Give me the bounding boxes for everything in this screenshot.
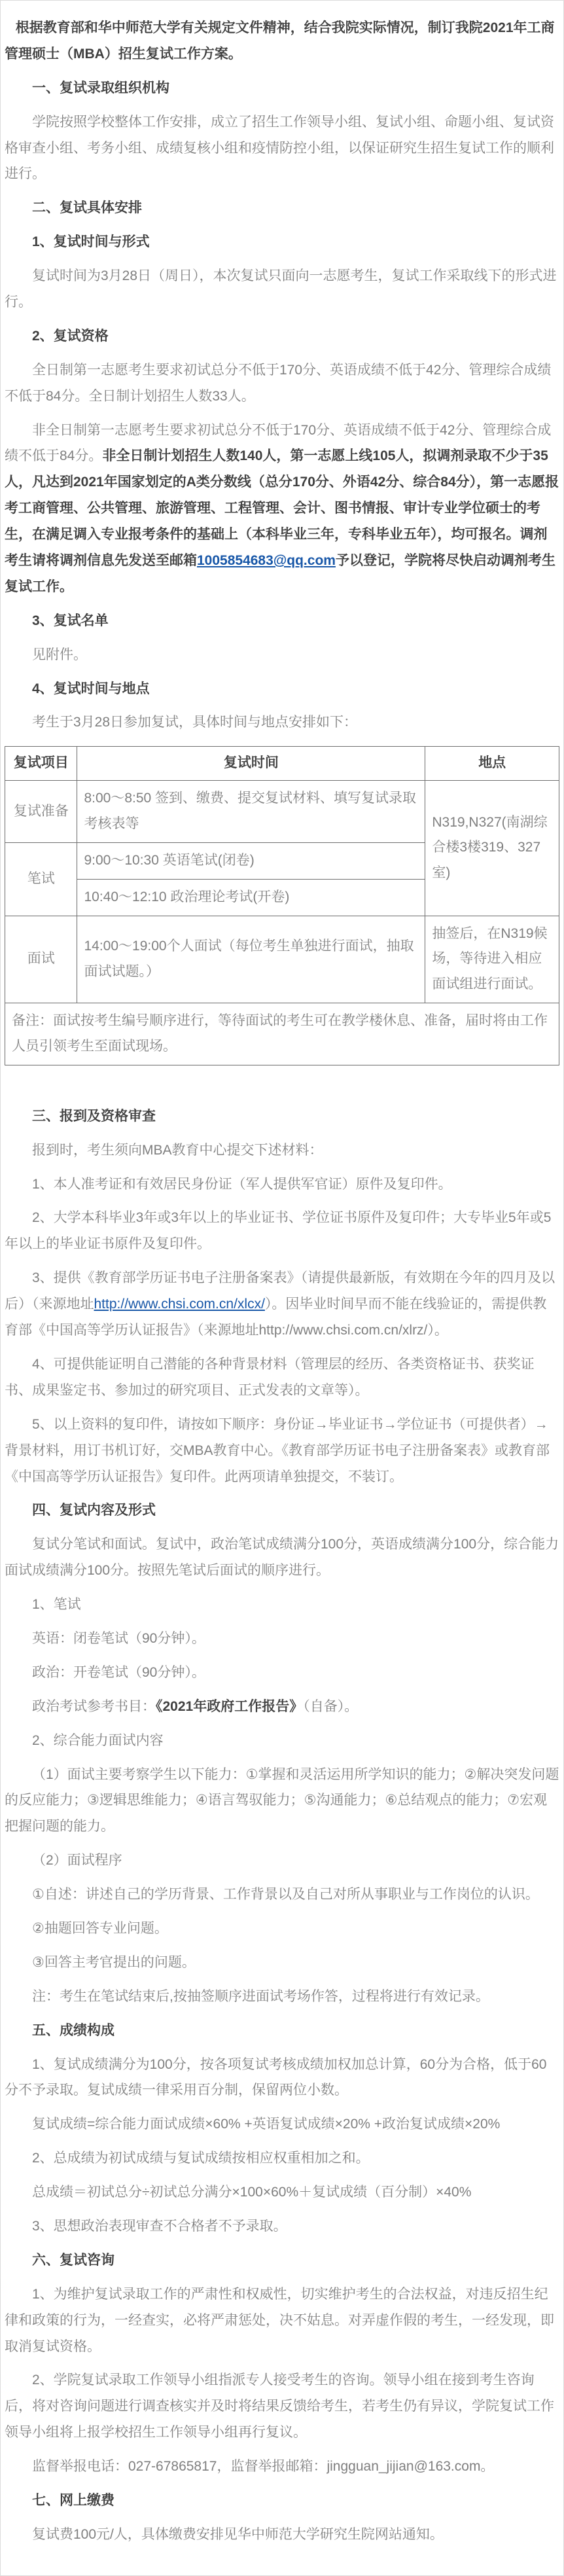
table-row-preparation: 复试准备 8:00～8:50 签到、缴费、提交复试材料、填写复试录取考核表等 N…: [5, 781, 559, 843]
politics-reference-suffix: （自备）。: [303, 1699, 358, 1714]
interview-procedure-subheading: （2）面试程序: [5, 1848, 559, 1874]
politics-reference-book: 《2021年政府工作报告》: [156, 1699, 303, 1714]
chsi-xlcx-link[interactable]: http://www.chsi.com.cn/xlcx/: [94, 1297, 265, 1312]
table-note-cell: 备注：面试按考生编号顺序进行，等待面试的考生可在教学楼休息、准备，届时将由工作人…: [5, 1003, 559, 1065]
section-5-heading: 五、成绩构成: [5, 2018, 559, 2044]
payment-paragraph: 复试费100元/人，具体缴费安排见华中师范大学研究生院网站通知。: [5, 2522, 559, 2548]
section-2-sub-1-heading: 1、复试时间与形式: [5, 229, 559, 255]
politics-test-paragraph: 政治：开卷笔试（90分钟）。: [5, 1660, 559, 1686]
section-2-sub-3-heading: 3、复试名单: [5, 608, 559, 634]
see-attachment-paragraph: 见附件。: [5, 642, 559, 668]
fulltime-qualification-paragraph: 全日制第一志愿考生要求初试总分不低于170分、英语成绩不低于42分、管理综合成绩…: [5, 357, 559, 410]
written-item-cell: 笔试: [5, 842, 77, 916]
retest-content-paragraph: 复试分笔试和面试。复试中，政治笔试成绩满分100分，英语成绩满分100分，综合能…: [5, 1531, 559, 1584]
parttime-quota-bold: 非全日制计划招生人数140人，第一志愿上线105人，拟调剂录取不少于35人，凡达…: [5, 448, 559, 568]
interview-item-cell: 面试: [5, 916, 77, 1003]
section-6-heading: 六、复试咨询: [5, 2247, 559, 2274]
total-score-rule-paragraph: 2、总成绩为初试成绩与复试成绩按相应权重相加之和。: [5, 2145, 559, 2172]
parttime-qualification-paragraph: 非全日制第一志愿考生要求初试总分不低于170分、英语成绩不低于42分、管理综合成…: [5, 418, 559, 600]
interview-ability-paragraph: （1）面试主要考察学生以下能力：①掌握和灵活运用所学知识的能力；②解决突发问题的…: [5, 1762, 559, 1840]
material-3-paragraph: 3、提供《教育部学历证书电子注册备案表》（请提供最新版，有效期在今年的四月及以后…: [5, 1265, 559, 1344]
procedure-step-1-paragraph: ①自述：讲述自己的学历背景、工作背景以及自己对所从事职业与工作岗位的认识。: [5, 1882, 559, 1908]
table-row-note: 备注：面试按考生编号顺序进行，等待面试的考生可在教学楼休息、准备，届时将由工作人…: [5, 1003, 559, 1065]
section-1-heading: 一、复试录取组织机构: [5, 75, 559, 101]
interview-time-cell: 14:00～19:00个人面试（每位考生单独进行面试，抽取面试试题。）: [77, 916, 425, 1003]
qq-email-link[interactable]: 1005854683@qq.com: [197, 553, 336, 568]
section-4-heading: 四、复试内容及形式: [5, 1497, 559, 1524]
table-header-row: 复试项目 复试时间 地点: [5, 747, 559, 781]
politics-reference-label: 政治考试参考书目：: [32, 1699, 156, 1714]
written-english-time-cell: 9:00～10:30 英语笔试(闭卷): [77, 842, 425, 879]
total-score-formula: 总成绩＝初试总分÷初试总分满分×100×60%＋复试成绩（百分制）×40%: [5, 2179, 559, 2206]
section-2-sub-4-heading: 4、复试时间与地点: [5, 676, 559, 702]
procedure-note-paragraph: 注：考生在笔试结束后,按抽签顺序进面试考场作答，过程将进行有效记录。: [5, 1984, 559, 2010]
material-1-paragraph: 1、本人准考证和有效居民身份证（军人提供军官证）原件及复印件。: [5, 1172, 559, 1198]
prep-item-cell: 复试准备: [5, 781, 77, 843]
supervision-contact-paragraph: 监督举报电话：027-67865817，监督举报邮箱：jingguan_jiji…: [5, 2454, 559, 2480]
written-politics-time-cell: 10:40～12:10 政治理论考试(开卷): [77, 879, 425, 916]
registration-intro-paragraph: 报到时，考生须向MBA教育中心提交下述材料：: [5, 1137, 559, 1164]
table-row-interview: 面试 14:00～19:00个人面试（每位考生单独进行面试，抽取面试试题。） 抽…: [5, 916, 559, 1003]
material-5-paragraph: 5、以上资料的复印件，请按如下顺序：身份证→毕业证书→学位证书（可提供者）→背景…: [5, 1412, 559, 1490]
procedure-step-3-paragraph: ③回答主考官提出的问题。: [5, 1950, 559, 1976]
interview-content-subheading: 2、综合能力面试内容: [5, 1728, 559, 1754]
section-2-heading: 二、复试具体安排: [5, 195, 559, 221]
english-test-paragraph: 英语：闭卷笔试（90分钟）。: [5, 1626, 559, 1652]
interview-place-cell: 抽签后，在N319候场，等待进入相应面试组进行面试。: [425, 916, 559, 1003]
schedule-intro-paragraph: 考生于3月28日参加复试，具体时间与地点安排如下：: [5, 709, 559, 736]
section-3-heading: 三、报到及资格审查: [5, 1103, 559, 1130]
section-7-heading: 七、网上缴费: [5, 2488, 559, 2514]
column-header-item: 复试项目: [5, 747, 77, 781]
column-header-time: 复试时间: [77, 747, 425, 781]
material-2-paragraph: 2、大学本科毕业3年或3年以上的毕业证书、学位证书原件及复印件；大专毕业5年或5…: [5, 1205, 559, 1257]
discipline-paragraph: 1、为维护复试录取工作的严肃性和权威性，切实维护考生的合法权益，对违反招生纪律和…: [5, 2281, 559, 2360]
notice-document: 根据教育部和华中师范大学有关规定文件精神，结合我院实际情况，制订我院2021年工…: [0, 0, 564, 2576]
written-test-subheading: 1、笔试: [5, 1592, 559, 1618]
intro-paragraph: 根据教育部和华中师范大学有关规定文件精神，结合我院实际情况，制订我院2021年工…: [5, 15, 559, 67]
column-header-place: 地点: [425, 747, 559, 781]
retest-score-formula: 复试成绩=综合能力面试成绩×60% +英语复试成绩×20% +政治复试成绩×20…: [5, 2111, 559, 2138]
prep-time-cell: 8:00～8:50 签到、缴费、提交复试材料、填写复试录取考核表等: [77, 781, 425, 843]
retest-time-paragraph: 复试时间为3月28日（周日），本次复试只面向一志愿考生，复试工作采取线下的形式进…: [5, 263, 559, 315]
politics-reference-paragraph: 政治考试参考书目：《2021年政府工作报告》（自备）。: [5, 1694, 559, 1720]
political-review-paragraph: 3、思想政治表现审查不合格者不予录取。: [5, 2213, 559, 2240]
consultation-paragraph: 2、学院复试录取工作领导小组指派专人接受考生的咨询。领导小组在接到考生咨询后，将…: [5, 2367, 559, 2446]
section-2-sub-2-heading: 2、复试资格: [5, 323, 559, 349]
merged-place-cell: N319,N327(南湖综合楼3楼319、327室): [425, 781, 559, 916]
score-rule-paragraph: 1、复试成绩满分为100分，按各项复试考核成绩加权加总计算，60分为合格，低于6…: [5, 2052, 559, 2104]
material-4-paragraph: 4、可提供能证明自己潜能的各种背景材料（管理层的经历、各类资格证书、获奖证书、成…: [5, 1351, 559, 1404]
procedure-step-2-paragraph: ②抽题回答专业问题。: [5, 1916, 559, 1942]
retest-schedule-table: 复试项目 复试时间 地点 复试准备 8:00～8:50 签到、缴费、提交复试材料…: [5, 746, 559, 1065]
section-1-paragraph: 学院按照学校整体工作安排，成立了招生工作领导小组、复试小组、命题小组、复试资格审…: [5, 109, 559, 188]
